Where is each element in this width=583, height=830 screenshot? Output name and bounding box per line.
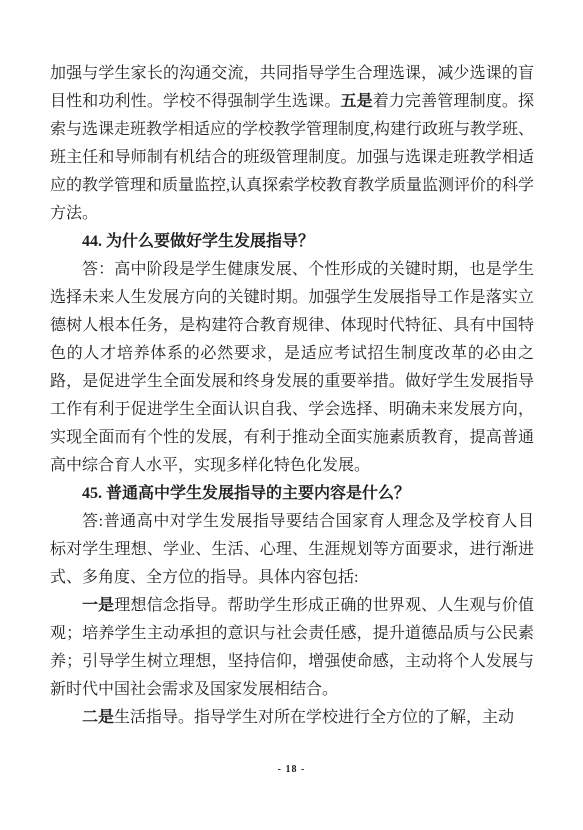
text-run: 着力完善管理制度。探索与选课走班教学相适应的学校教学管理制度,构建行政班与教学班… <box>50 93 534 222</box>
question-heading: 45. 普通高中学生发展指导的主要内容是什么？ <box>50 480 534 508</box>
bold-text-run: 二是 <box>82 709 114 726</box>
paragraph: 答:普通高中对学生发展指导要结合国家育人理念及学校育人目标对学生理想、学业、生活… <box>50 508 534 592</box>
paragraph: 二是生活指导。指导学生对所在学校进行全方位的了解，主动 <box>50 704 534 732</box>
bold-text-run: 45. 普通高中学生发展指导的主要内容是什么？ <box>82 485 410 502</box>
paragraph: 一是理想信念指导。帮助学生形成正确的世界观、人生观与价值观；培养学生主动承担的意… <box>50 592 534 704</box>
bold-text-run: 一是 <box>82 597 114 614</box>
question-heading: 44. 为什么要做好学生发展指导？ <box>50 228 534 256</box>
text-run: 答:普通高中对学生发展指导要结合国家育人理念及学校育人目标对学生理想、学业、生活… <box>50 513 534 586</box>
text-run: 理想信念指导。帮助学生形成正确的世界观、人生观与价值观；培养学生主动承担的意识与… <box>50 597 534 698</box>
text-run: 答：高中阶段是学生健康发展、个性形成的关键时期，也是学生选择未来人生发展方向的关… <box>50 261 534 474</box>
bold-text-run: 44. 为什么要做好学生发展指导？ <box>82 233 314 250</box>
paragraph: 答：高中阶段是学生健康发展、个性形成的关键时期，也是学生选择未来人生发展方向的关… <box>50 256 534 480</box>
bold-text-run: 五是 <box>340 93 372 110</box>
paragraph: 加强与学生家长的沟通交流，共同指导学生合理选课，减少选课的盲目性和功利性。学校不… <box>50 60 534 228</box>
text-run: 生活指导。指导学生对所在学校进行全方位的了解，主动 <box>114 709 514 726</box>
page-number: - 18 - <box>0 764 583 775</box>
document-page: 加强与学生家长的沟通交流，共同指导学生合理选课，减少选课的盲目性和功利性。学校不… <box>0 0 583 830</box>
document-body: 加强与学生家长的沟通交流，共同指导学生合理选课，减少选课的盲目性和功利性。学校不… <box>50 60 534 732</box>
